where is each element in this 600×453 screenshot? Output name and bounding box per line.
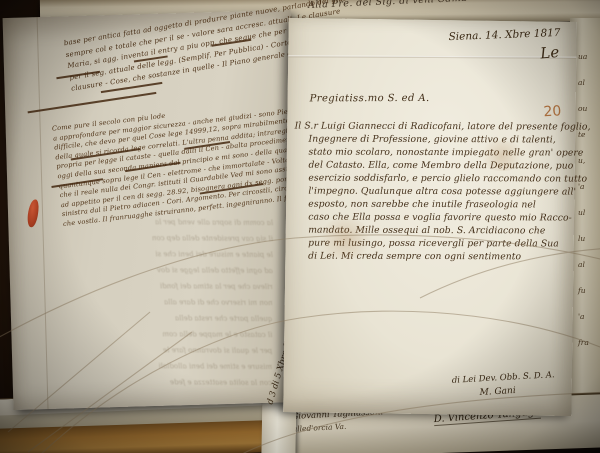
letter-signature: M. Gani	[479, 386, 516, 398]
letter-salutation: Pregiatiss.mo S. ed A.	[310, 93, 430, 104]
paper-stain	[477, 141, 527, 172]
text-fragment: ul	[578, 208, 589, 234]
bleedthrough-line: con la solita esattezza e fede	[22, 373, 272, 391]
paper-stain	[315, 218, 376, 259]
paper-crease	[288, 55, 576, 59]
left-manuscript-page: base per antica fatta ad oggetto di prod…	[3, 10, 302, 410]
text-fragment: fra	[578, 338, 589, 364]
letter-line: esercizio soddisfarlo, e percio glielo r…	[308, 172, 566, 186]
text-fragment: al	[578, 78, 589, 104]
dateline-flourish: Le	[540, 43, 560, 63]
letter-line: Il S.r Luigi Giannecci di Radicofani, la…	[295, 120, 567, 134]
draft-paragraph-1: base per antica fatta ad oggetto di prod…	[63, 3, 291, 95]
letter-line: Ingegnere di Professione, giovine attivo…	[309, 133, 567, 147]
text-fragment-column: uaalouteu,'aullualfu'afra	[578, 52, 589, 364]
strikethrough-mark	[28, 92, 157, 113]
bleedthrough-line: quella parte che resta della	[22, 309, 272, 327]
text-fragment: al	[578, 260, 589, 286]
text-fragment: fu	[578, 286, 589, 312]
bleedthrough-line: ad ogni effetto della legge si dov	[23, 261, 273, 279]
letter-dateline: Siena. 14. Xbre 1817	[448, 27, 560, 43]
bleedthrough-line: le piante e misure dei beni che si	[23, 245, 273, 263]
bleedthrough-line: il catasto e le mappe della com	[22, 325, 272, 343]
letter-line: del Catasto. Ella, come Membro della Dep…	[308, 159, 566, 173]
bleedthrough-line: la comm di sopra alle vend per la	[23, 213, 273, 231]
letter-line: l'impegno. Qualunque altra cosa potesse …	[308, 185, 566, 199]
letter-closing: di Lei Dev. Obb. S. D. A.	[452, 370, 555, 386]
letter-line: esposto, non sarebbe che inutile fraseol…	[308, 198, 566, 212]
bleedthrough-line: non mi riservo che di dare alla	[23, 293, 273, 311]
signature-place: Valled'orcia Va.	[288, 422, 347, 434]
text-fragment: 'a	[578, 182, 589, 208]
letter-page: Siena. 14. Xbre 1817 Le 20 Pregiatiss.mo…	[283, 18, 576, 416]
bleedthrough-text: la comm di sopra alle vend per lail sig …	[22, 213, 273, 391]
archive-photo: Alla Pre. del Sig. di veni Cdma uaaloute…	[0, 0, 600, 453]
text-fragment: ua	[578, 52, 589, 78]
text-fragment: lu	[578, 234, 589, 260]
bleedthrough-line: misure e stime dei beni allodiali	[22, 357, 272, 375]
letter-line: stato mio scolaro, nonostante impiegato …	[308, 146, 566, 160]
bleedthrough-line: rileva che per la stima dei fondi	[23, 277, 273, 295]
bleedthrough-line: per le quali si dovranno fare le	[22, 341, 272, 359]
archive-pencil-number: 20	[543, 103, 562, 120]
bleedthrough-line: il sig cav presidente della dep con	[23, 229, 273, 247]
text-fragment: 'a	[578, 312, 589, 338]
